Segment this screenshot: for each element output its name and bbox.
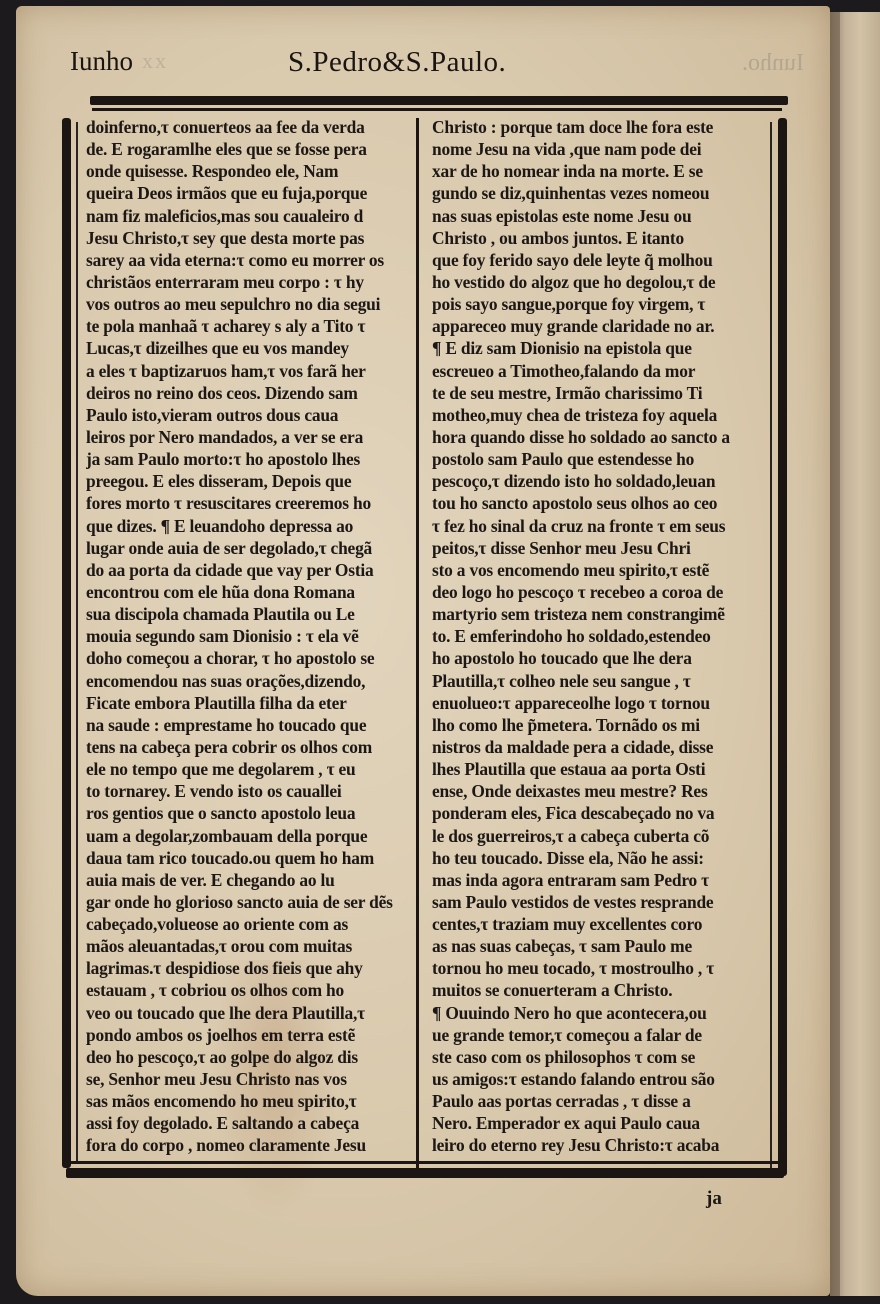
text-line: ho vestido do algoz que ho degolou,τ de — [432, 271, 762, 293]
text-line: se, Senhor meu Jesu Christo nas vos — [86, 1068, 416, 1090]
text-column-right: Christo : porque tam doce lhe fora esten… — [432, 116, 762, 1157]
text-line: uam a degolar,zombauam della porque — [86, 825, 416, 847]
text-line: ponderam eles, Fica descabeçado no va — [432, 802, 762, 824]
text-line: ros gentios que o sancto apostolo leua — [86, 802, 416, 824]
text-line: centes,τ traziam muy excellentes coro — [432, 913, 762, 935]
text-line: sua discipola chamada Plautila ou Le — [86, 603, 416, 625]
text-line: encontrou com ele hũa dona Romana — [86, 581, 416, 603]
text-line: do aa porta da cidade que vay per Ostia — [86, 559, 416, 581]
text-line: gar onde ho glorioso sancto auia de ser … — [86, 891, 416, 913]
text-line: as nas suas cabeças, τ sam Paulo me — [432, 935, 762, 957]
text-line: ho apostolo ho toucado que lhe dera — [432, 647, 762, 669]
text-line: leiros por Nero mandados, a ver se era — [86, 426, 416, 448]
text-line: ele no tempo que me degolarem , τ eu — [86, 758, 416, 780]
text-line: escreueo a Timotheo,falando da mor — [432, 360, 762, 382]
text-line: pescoço,τ dizendo isto ho soldado,leuan — [432, 470, 762, 492]
column-divider — [416, 118, 419, 1173]
running-head-ghost-text: xx — [142, 48, 168, 74]
text-line: mas inda agora entraram sam Pedro τ — [432, 869, 762, 891]
text-line: gundo se diz,quinhentas vezes nomeou — [432, 182, 762, 204]
text-line: preegou. E eles disseram, Depois que — [86, 470, 416, 492]
text-line: ste caso com os philosophos τ com se — [432, 1046, 762, 1068]
running-head-title: S.Pedro&S.Paulo. — [288, 46, 506, 79]
text-line: te de seu mestre, Irmão charissimo Ti — [432, 382, 762, 404]
text-line: Nero. Emperador ex aqui Paulo caua — [432, 1112, 762, 1134]
text-line: ¶ E diz sam Dionisio na epistola que — [432, 337, 762, 359]
text-line: encomendou nas suas orações,dizendo, — [86, 670, 416, 692]
text-line: muitos se conuerteram a Christo. — [432, 979, 762, 1001]
text-line: lhes Plautilla que estaua aa porta Osti — [432, 758, 762, 780]
top-border-thin-rule — [92, 108, 782, 111]
text-line: enuolueo:τ appareceolhe logo τ tornou — [432, 692, 762, 714]
text-line: pondo ambos os joelhos em terra estẽ — [86, 1024, 416, 1046]
text-line: te pola manhaã τ acharey s aly a Tito τ — [86, 315, 416, 337]
text-line: mouia segundo sam Dionisio : τ ela vẽ — [86, 625, 416, 647]
signature-mark: ja — [706, 1188, 722, 1210]
adjacent-page-edge — [830, 12, 880, 1296]
text-line: tens na cabeça pera cobrir os olhos com — [86, 736, 416, 758]
text-line: hora quando disse ho soldado ao sancto a — [432, 426, 762, 448]
text-line: appareceo muy grande claridade no ar. — [432, 315, 762, 337]
text-line: Paulo isto,vieram outros dous caua — [86, 404, 416, 426]
text-line: daua tam rico toucado.ou quem ho ham — [86, 847, 416, 869]
running-head: Iunho xx S.Pedro&S.Paulo. Iunho. — [70, 46, 810, 86]
right-border-thin-rule — [770, 122, 772, 1172]
text-line: to. E emferindoho ho soldado,estendeo — [432, 625, 762, 647]
text-line: Paulo aas portas cerradas , τ disse a — [432, 1090, 762, 1112]
left-border-rule — [62, 118, 71, 1168]
text-line: assi foy degolado. E saltando a cabeça — [86, 1112, 416, 1134]
text-line: motheo,muy chea de tristeza foy aquela — [432, 404, 762, 426]
text-line: us amigos:τ estando falando entrou são — [432, 1068, 762, 1090]
running-head-month: Iunho — [70, 46, 133, 77]
text-line: tornou ho meu tocado, τ mostroulho , τ — [432, 957, 762, 979]
text-line: ense, Onde deixastes meu mestre? Res — [432, 780, 762, 802]
text-line: pois sayo sangue,porque foy virgem, τ — [432, 293, 762, 315]
running-head-showthrough: Iunho. — [742, 50, 804, 77]
top-border-rule — [90, 96, 788, 105]
page-gutter — [830, 12, 840, 1296]
text-line: to tornarey. E vendo isto os cauallei — [86, 780, 416, 802]
text-line: lugar onde auia de ser degolado,τ chegã — [86, 537, 416, 559]
text-line: fora do corpo , nomeo claramente Jesu — [86, 1134, 416, 1156]
text-line: le dos guerreiros,τ a cabeça cuberta cõ — [432, 825, 762, 847]
text-line: vos outros ao meu sepulchro no dia segui — [86, 293, 416, 315]
left-border-thin-rule — [76, 122, 78, 1162]
text-line: queira Deos irmãos que eu fuja,porque — [86, 182, 416, 204]
text-line: fores morto τ resuscitares creeremos ho — [86, 492, 416, 514]
text-line: martyrio sem tristeza nem constrangimẽ — [432, 603, 762, 625]
text-line: onde quisesse. Respondeo ele, Nam — [86, 160, 416, 182]
text-line: doho começou a chorar, τ ho apostolo se — [86, 647, 416, 669]
text-line: peitos,τ disse Senhor meu Jesu Chri — [432, 537, 762, 559]
text-line: sas mãos encomendo ho meu spirito,τ — [86, 1090, 416, 1112]
text-line: deiros no reino dos ceos. Dizendo sam — [86, 382, 416, 404]
text-line: na saude : emprestame ho toucado que — [86, 714, 416, 736]
text-line: ho teu toucado. Disse ela, Não he assi: — [432, 847, 762, 869]
text-line: nas suas epistolas este nome Jesu ou — [432, 205, 762, 227]
text-line: veo ou toucado que lhe dera Plautilla,τ — [86, 1002, 416, 1024]
text-line: ¶ Ouuindo Nero ho que acontecera,ou — [432, 1002, 762, 1024]
text-line: a eles τ baptizaruos ham,τ vos farã her — [86, 360, 416, 382]
text-line: nam fiz maleficios,mas sou caualeiro d — [86, 205, 416, 227]
text-line: ue grande temor,τ começou a falar de — [432, 1024, 762, 1046]
text-line: τ fez ho sinal da cruz na fronte τ em se… — [432, 515, 762, 537]
text-line: Christo , ou ambos juntos. E itanto — [432, 227, 762, 249]
text-line: sto a vos encomendo meu spirito,τ estẽ — [432, 559, 762, 581]
text-line: que dizes. ¶ E leuandoho depressa ao — [86, 515, 416, 537]
text-line: lho como lhe p̃metera. Tornãdo os mi — [432, 714, 762, 736]
bottom-border-thin-rule — [66, 1161, 778, 1164]
text-line: ja sam Paulo morto:τ ho apostolo lhes — [86, 448, 416, 470]
text-line: de. E rogaramlhe eles que se fosse pera — [86, 138, 416, 160]
text-line: postolo sam Paulo que estendesse ho — [432, 448, 762, 470]
text-line: Jesu Christo,τ sey que desta morte pas — [86, 227, 416, 249]
text-line: Ficate embora Plautilla filha da eter — [86, 692, 416, 714]
text-line: cabeçado,volueose ao oriente com as — [86, 913, 416, 935]
text-line: mãos aleuantadas,τ orou com muitas — [86, 935, 416, 957]
text-line: tou ho sancto apostolo seus olhos ao ceo — [432, 492, 762, 514]
text-line: nistros da maldade pera a cidade, disse — [432, 736, 762, 758]
text-line: Christo : porque tam doce lhe fora este — [432, 116, 762, 138]
text-line: christãos enterraram meu corpo : τ hy — [86, 271, 416, 293]
text-line: leiro do eterno rey Jesu Christo:τ acaba — [432, 1134, 762, 1156]
text-line: que foy ferido sayo dele leyte q̃ molhou — [432, 249, 762, 271]
text-line: deo ho pescoço,τ ao golpe do algoz dis — [86, 1046, 416, 1068]
text-line: lagrimas.τ despidiose dos fieis que ahy — [86, 957, 416, 979]
text-line: xar de ho nomear inda na morte. E se — [432, 160, 762, 182]
text-line: sam Paulo vestidos de vestes resprande — [432, 891, 762, 913]
text-column-left: doinferno,τ conuerteos aa fee da verdade… — [86, 116, 416, 1157]
text-line: auia mais de ver. E chegando ao lu — [86, 869, 416, 891]
text-line: doinferno,τ conuerteos aa fee da verda — [86, 116, 416, 138]
text-line: Lucas,τ dizeilhes que eu vos mandey — [86, 337, 416, 359]
text-line: deo logo ho pescoço τ recebeo a coroa de — [432, 581, 762, 603]
right-border-rule — [778, 118, 787, 1176]
text-line: estauam , τ cobriou os olhos com ho — [86, 979, 416, 1001]
bottom-border-rule — [66, 1168, 784, 1178]
text-line: Plautilla,τ colheo nele seu sangue , τ — [432, 670, 762, 692]
text-line: nome Jesu na vida ,que nam pode dei — [432, 138, 762, 160]
text-line: sarey aa vida eterna:τ como eu morrer os — [86, 249, 416, 271]
